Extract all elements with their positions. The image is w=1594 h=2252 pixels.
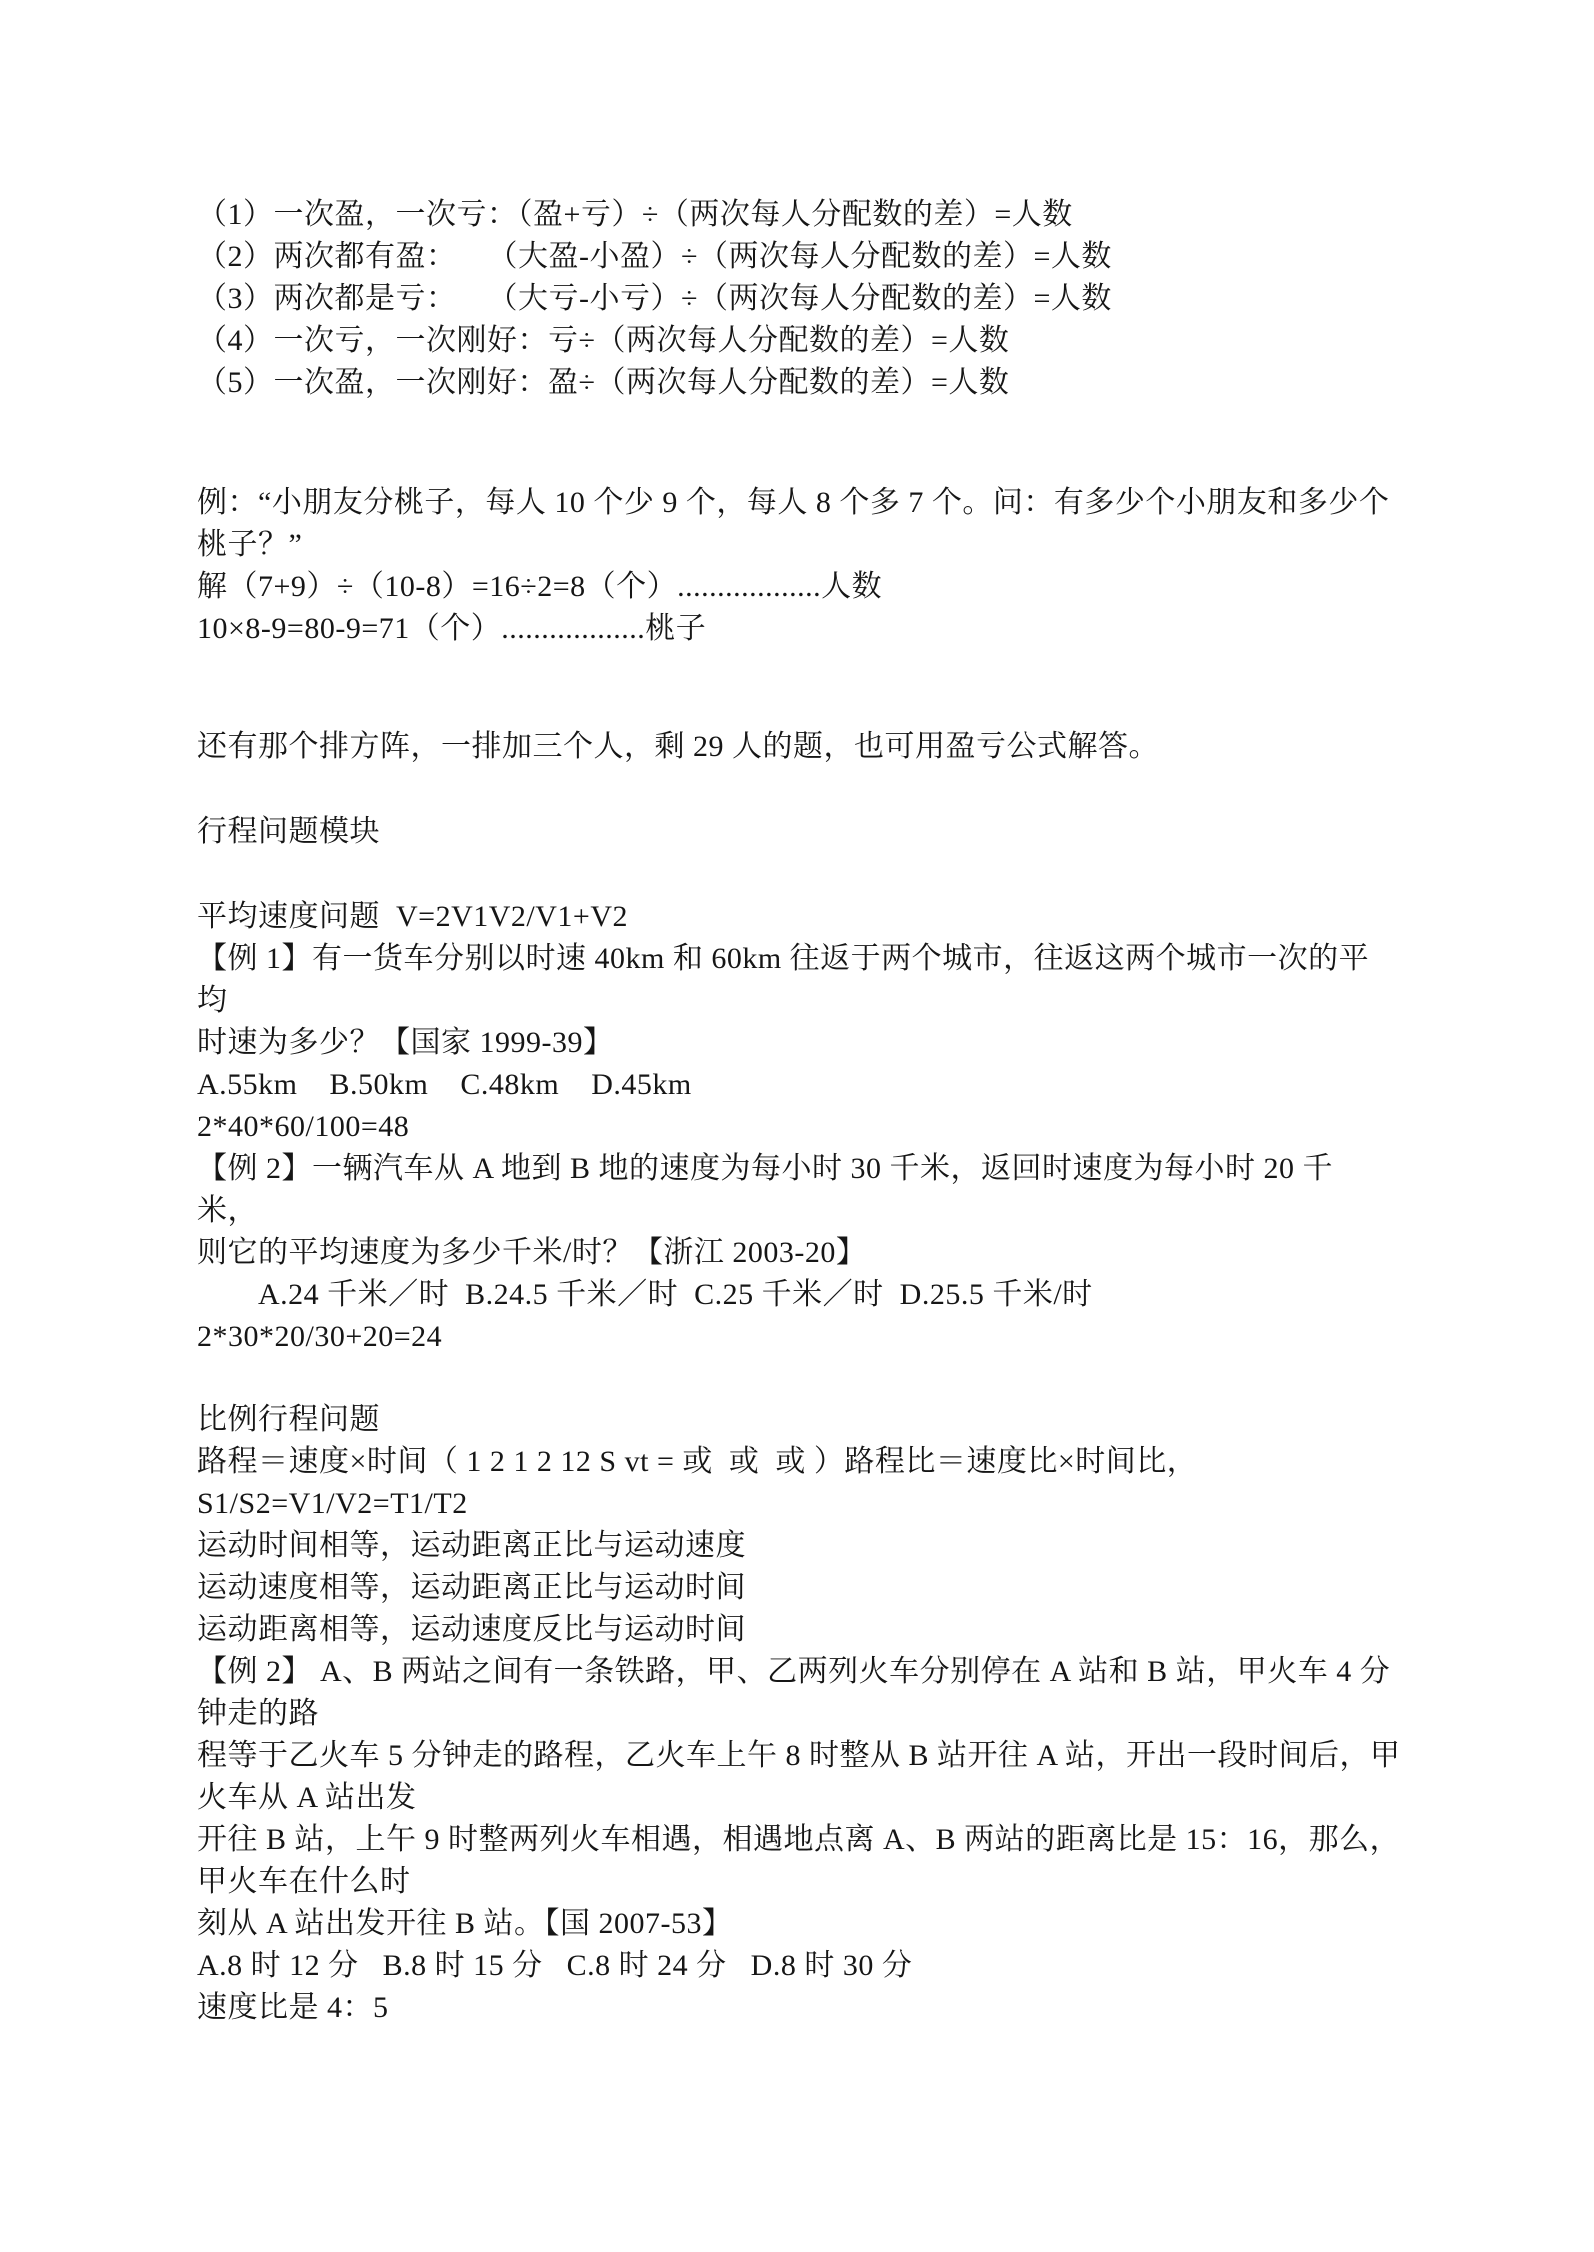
text-line: 运动距离相等，运动速度反比与运动时间 bbox=[197, 1609, 1454, 1651]
paragraph-square-array-note: 还有那个排方阵，一排加三个人，剩 29 人的题，也可用盈亏公式解答。 bbox=[197, 726, 1454, 768]
text-line: 米， bbox=[197, 1190, 1454, 1232]
text-line: 则它的平均速度为多少千米/时？【浙江 2003-20】 bbox=[197, 1232, 1454, 1274]
text-line: A.8 时 12 分 B.8 时 15 分 C.8 时 24 分 D.8 时 3… bbox=[197, 1945, 1454, 1987]
text-line: 【例 2】 A、B 两站之间有一条铁路，甲、乙两列火车分别停在 A 站和 B 站… bbox=[197, 1651, 1454, 1693]
text-line: A.55km B.50km C.48km D.45km bbox=[197, 1064, 1454, 1106]
document-page: （1）一次盈，一次亏：（盈+亏）÷（两次每人分配数的差）=人数（2）两次都有盈：… bbox=[0, 0, 1594, 2252]
text-line: 2*30*20/30+20=24 bbox=[197, 1316, 1454, 1358]
text-line: （3）两次都是亏： （大亏-小亏）÷（两次每人分配数的差）=人数 bbox=[197, 278, 1454, 320]
text-line: 路程＝速度×时间（ 1 2 1 2 12 S vt = 或 或 或 ）路程比＝速… bbox=[197, 1441, 1454, 1483]
text-line: （4）一次亏，一次刚好：亏÷（两次每人分配数的差）=人数 bbox=[197, 320, 1454, 362]
text-line: 平均速度问题 V=2V1V2/V1+V2 bbox=[197, 896, 1454, 938]
paragraph-average-speed-problems: 平均速度问题 V=2V1V2/V1+V2【例 1】有一货车分别以时速 40km … bbox=[197, 896, 1454, 1358]
text-line: 钟走的路 bbox=[197, 1693, 1454, 1735]
text-line: 【例 2】一辆汽车从 A 地到 B 地的速度为每小时 30 千米，返回时速度为每… bbox=[197, 1148, 1454, 1190]
text-line: 程等于乙火车 5 分钟走的路程，乙火车上午 8 时整从 B 站开往 A 站，开出… bbox=[197, 1735, 1454, 1777]
text-line: A.24 千米／时 B.24.5 千米／时 C.25 千米／时 D.25.5 千… bbox=[197, 1274, 1454, 1316]
text-line: 例：“小朋友分桃子，每人 10 个少 9 个，每人 8 个多 7 个。问：有多少… bbox=[197, 482, 1454, 524]
paragraph-proportional-travel-problems: 比例行程问题路程＝速度×时间（ 1 2 1 2 12 S vt = 或 或 或 … bbox=[197, 1399, 1454, 2029]
text-line: 【例 1】有一货车分别以时速 40km 和 60km 往返于两个城市，往返这两个… bbox=[197, 938, 1454, 980]
text-line: 运动时间相等，运动距离正比与运动速度 bbox=[197, 1525, 1454, 1567]
text-line: 均 bbox=[197, 980, 1454, 1022]
text-line: S1/S2=V1/V2=T1/T2 bbox=[197, 1483, 1454, 1525]
text-line: 行程问题模块 bbox=[197, 811, 1454, 853]
text-line: 桃子？” bbox=[197, 524, 1454, 566]
text-line: 解（7+9）÷（10-8）=16÷2=8（个）.................… bbox=[197, 566, 1454, 608]
text-line: （5）一次盈，一次刚好：盈÷（两次每人分配数的差）=人数 bbox=[197, 362, 1454, 404]
paragraph-peach-example: 例：“小朋友分桃子，每人 10 个少 9 个，每人 8 个多 7 个。问：有多少… bbox=[197, 482, 1454, 650]
text-line: 开往 B 站，上午 9 时整两列火车相遇，相遇地点离 A、B 两站的距离比是 1… bbox=[197, 1819, 1454, 1861]
text-line: 10×8-9=80-9=71（个）..................桃子 bbox=[197, 608, 1454, 650]
text-line: 还有那个排方阵，一排加三个人，剩 29 人的题，也可用盈亏公式解答。 bbox=[197, 726, 1454, 768]
text-line: 时速为多少？【国家 1999-39】 bbox=[197, 1022, 1454, 1064]
paragraph-travel-module-heading: 行程问题模块 bbox=[197, 811, 1454, 853]
text-line: 运动速度相等，运动距离正比与运动时间 bbox=[197, 1567, 1454, 1609]
text-line: 火车从 A 站出发 bbox=[197, 1777, 1454, 1819]
text-line: 刻从 A 站出发开往 B 站。【国 2007-53】 bbox=[197, 1903, 1454, 1945]
text-line: （2）两次都有盈： （大盈-小盈）÷（两次每人分配数的差）=人数 bbox=[197, 236, 1454, 278]
text-line: 2*40*60/100=48 bbox=[197, 1106, 1454, 1148]
text-line: 速度比是 4：5 bbox=[197, 1987, 1454, 2029]
paragraph-profit-loss-formulas: （1）一次盈，一次亏：（盈+亏）÷（两次每人分配数的差）=人数（2）两次都有盈：… bbox=[197, 194, 1454, 404]
text-line: 比例行程问题 bbox=[197, 1399, 1454, 1441]
text-line: （1）一次盈，一次亏：（盈+亏）÷（两次每人分配数的差）=人数 bbox=[197, 194, 1454, 236]
text-line: 甲火车在什么时 bbox=[197, 1861, 1454, 1903]
